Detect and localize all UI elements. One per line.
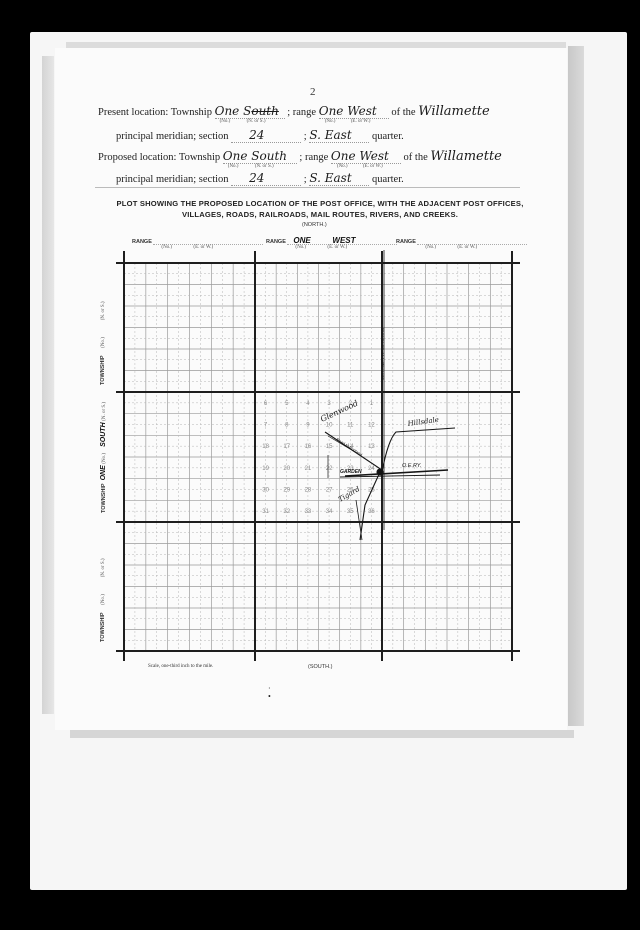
- svg-text:7: 7: [264, 423, 268, 429]
- svg-text:24: 24: [368, 466, 375, 472]
- svg-text:27: 27: [326, 488, 333, 494]
- town-glenwood-label: Glenwood: [319, 399, 359, 424]
- railroad-label: O.E.RY.: [402, 463, 421, 469]
- svg-text:36: 36: [368, 509, 375, 515]
- svg-text:16: 16: [305, 444, 312, 450]
- svg-text:17: 17: [283, 444, 290, 450]
- svg-text:9: 9: [306, 423, 310, 429]
- svg-text:3: 3: [327, 401, 331, 407]
- svg-text:28: 28: [305, 488, 312, 494]
- svg-text:35: 35: [347, 509, 354, 515]
- post-office-label: GARDEN: [340, 469, 362, 475]
- svg-text:30: 30: [262, 488, 269, 494]
- town-hillsdale-label: Hillsdale: [406, 416, 439, 428]
- svg-text:31: 31: [262, 509, 269, 515]
- svg-text:22: 22: [326, 466, 333, 472]
- road-south: [360, 472, 380, 540]
- svg-text:1: 1: [370, 401, 374, 407]
- speck: •: [268, 692, 271, 701]
- svg-text:15: 15: [326, 444, 333, 450]
- svg-text:19: 19: [262, 466, 269, 472]
- svg-text:10: 10: [326, 423, 333, 429]
- svg-text:8: 8: [285, 423, 289, 429]
- svg-text:20: 20: [283, 466, 290, 472]
- svg-text:5: 5: [285, 401, 289, 407]
- meridian-label: WILLAMETTE MERIDIAN: [380, 328, 385, 380]
- svg-text:6: 6: [264, 401, 268, 407]
- svg-text:29: 29: [283, 488, 290, 494]
- svg-text:18: 18: [262, 444, 269, 450]
- svg-text:33: 33: [305, 509, 312, 515]
- svg-text:34: 34: [326, 509, 333, 515]
- post-office-marker: [377, 469, 383, 475]
- svg-text:32: 32: [283, 509, 290, 515]
- svg-text:4: 4: [306, 401, 310, 407]
- scale-note: Scale, one-third inch to the mile.: [148, 664, 213, 669]
- township-plot-grid: 6543217891011121817161514131920212223243…: [0, 0, 640, 930]
- south-label: (SOUTH.): [308, 664, 332, 670]
- svg-text:13: 13: [368, 444, 375, 450]
- svg-text:21: 21: [305, 466, 312, 472]
- svg-text:11: 11: [347, 423, 354, 429]
- svg-text:12: 12: [368, 423, 375, 429]
